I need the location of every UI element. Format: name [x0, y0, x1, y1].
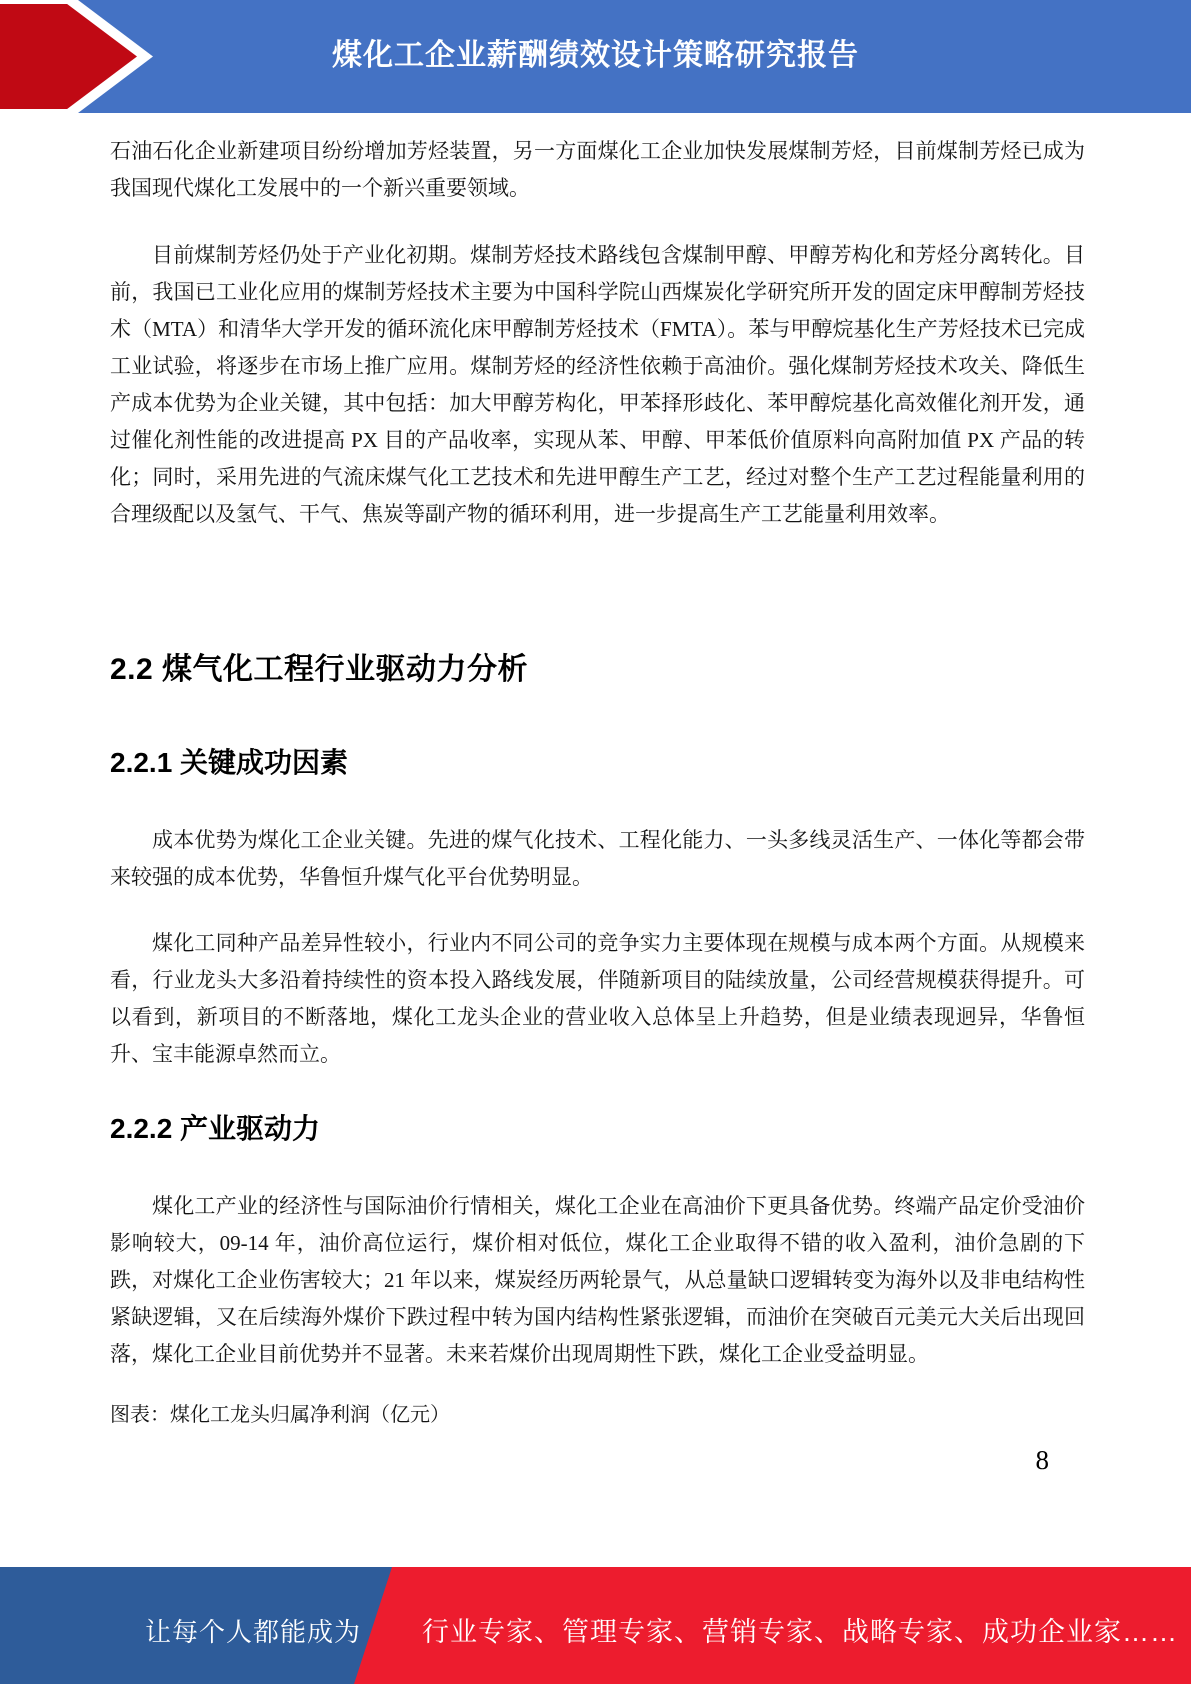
paragraph: 目前煤制芳烃仍处于产业化初期。煤制芳烃技术路线包含煤制甲醇、甲醇芳构化和芳烃分离…	[110, 237, 1085, 533]
header-banner: 煤化工企业薪酬绩效设计策略研究报告	[0, 0, 1191, 113]
report-title: 煤化工企业薪酬绩效设计策略研究报告	[0, 30, 1191, 74]
paragraph: 煤化工同种产品差异性较小，行业内不同公司的竞争实力主要体现在规模与成本两个方面。…	[110, 925, 1085, 1073]
footer-slogan-right: 行业专家、管理专家、营销专家、战略专家、成功企业家……	[422, 1610, 1178, 1649]
footer-slogan-left: 让每个人都能成为	[145, 1612, 361, 1649]
paragraph: 成本优势为煤化工企业关键。先进的煤气化技术、工程化能力、一头多线灵活生产、一体化…	[110, 822, 1085, 896]
document-body: 石油石化企业新建项目纷纷增加芳烃装置，另一方面煤化工企业加快发展煤制芳烃，目前煤…	[0, 133, 1191, 1477]
section-heading-2-2: 2.2 煤气化工程行业驱动力分析	[110, 651, 1085, 689]
footer-banner: 让每个人都能成为 行业专家、管理专家、营销专家、战略专家、成功企业家……	[0, 1567, 1191, 1684]
paragraph: 煤化工产业的经济性与国际油价行情相关，煤化工企业在高油价下更具备优势。终端产品定…	[110, 1188, 1085, 1373]
section-heading-2-2-1: 2.2.1 关键成功因素	[110, 745, 1085, 780]
section-heading-2-2-2: 2.2.2 产业驱动力	[110, 1111, 1085, 1146]
paragraph: 石油石化企业新建项目纷纷增加芳烃装置，另一方面煤化工企业加快发展煤制芳烃，目前煤…	[110, 133, 1085, 207]
page-number: 8	[110, 1444, 1085, 1477]
figure-caption: 图表：煤化工龙头归属净利润（亿元）	[110, 1400, 1085, 1430]
